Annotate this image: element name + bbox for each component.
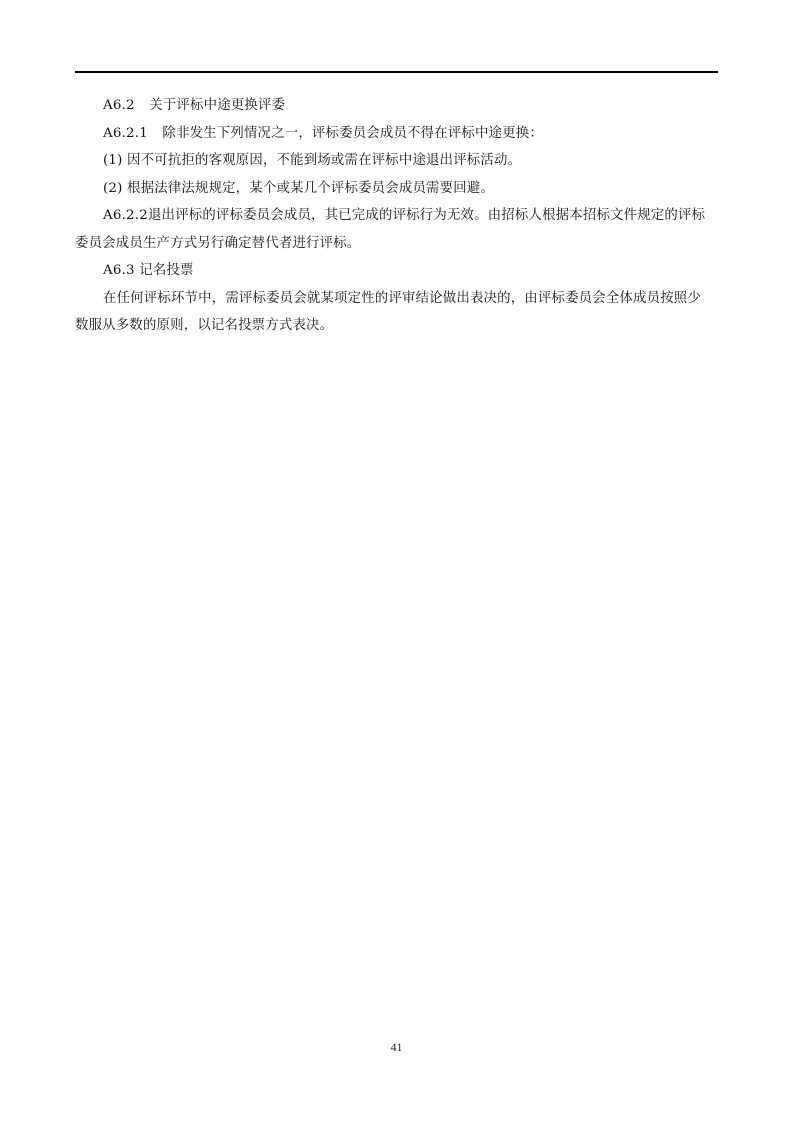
clause-number: A6.2.1 <box>103 126 148 141</box>
page-number: 41 <box>0 1040 793 1055</box>
clause-a6-2-1: A6.2.1 除非发生下列情况之一，评标委员会成员不得在评标中途更换： <box>75 120 718 148</box>
section-title: 关于评标中途更换评委 <box>149 98 285 113</box>
paragraph-a6-3: 在任何评标环节中，需评标委员会就某项定性的评审结论做出表决的，由评标委员会全体成… <box>75 285 718 313</box>
clause-number: A6.2.2 <box>103 208 148 223</box>
section-title: 记名投票 <box>139 263 193 278</box>
clause-text: 退出评标的评标委员会成员，其已完成的评标行为无效。由招标人根据本招标文件规定的评… <box>148 208 705 223</box>
list-item: (2) 根据法律法规规定，某个或某几个评标委员会成员需要回避。 <box>75 175 718 203</box>
list-marker: (2) <box>103 181 123 196</box>
section-number: A6.2 <box>103 98 135 113</box>
list-marker: (1) <box>103 153 123 168</box>
list-item: (1) 因不可抗拒的客观原因，不能到场或需在评标中途退出评标活动。 <box>75 147 718 175</box>
paragraph-text: 数服从多数的原则，以记名投票方式表决。 <box>75 318 333 333</box>
document-body: A6.2 关于评标中途更换评委 A6.2.1 除非发生下列情况之一，评标委员会成… <box>75 92 718 340</box>
section-heading-a6-2: A6.2 关于评标中途更换评委 <box>75 92 718 120</box>
list-text: 因不可抗拒的客观原因，不能到场或需在评标中途退出评标活动。 <box>127 153 521 168</box>
header-rule <box>75 71 718 73</box>
section-number: A6.3 <box>103 263 135 278</box>
clause-text: 除非发生下列情况之一，评标委员会成员不得在评标中途更换： <box>162 126 543 141</box>
list-text: 根据法律法规规定，某个或某几个评标委员会成员需要回避。 <box>127 181 494 196</box>
paragraph-text: 在任何评标环节中，需评标委员会就某项定性的评审结论做出表决的，由评标委员会全体成… <box>103 291 701 306</box>
paragraph-a6-3-continuation: 数服从多数的原则，以记名投票方式表决。 <box>75 312 718 340</box>
clause-a6-2-2: A6.2.2退出评标的评标委员会成员，其已完成的评标行为无效。由招标人根据本招标… <box>75 202 718 230</box>
section-heading-a6-3: A6.3 记名投票 <box>75 257 718 285</box>
clause-a6-2-2-continuation: 委员会成员生产方式另行确定替代者进行评标。 <box>75 230 718 258</box>
clause-text: 委员会成员生产方式另行确定替代者进行评标。 <box>75 236 360 251</box>
